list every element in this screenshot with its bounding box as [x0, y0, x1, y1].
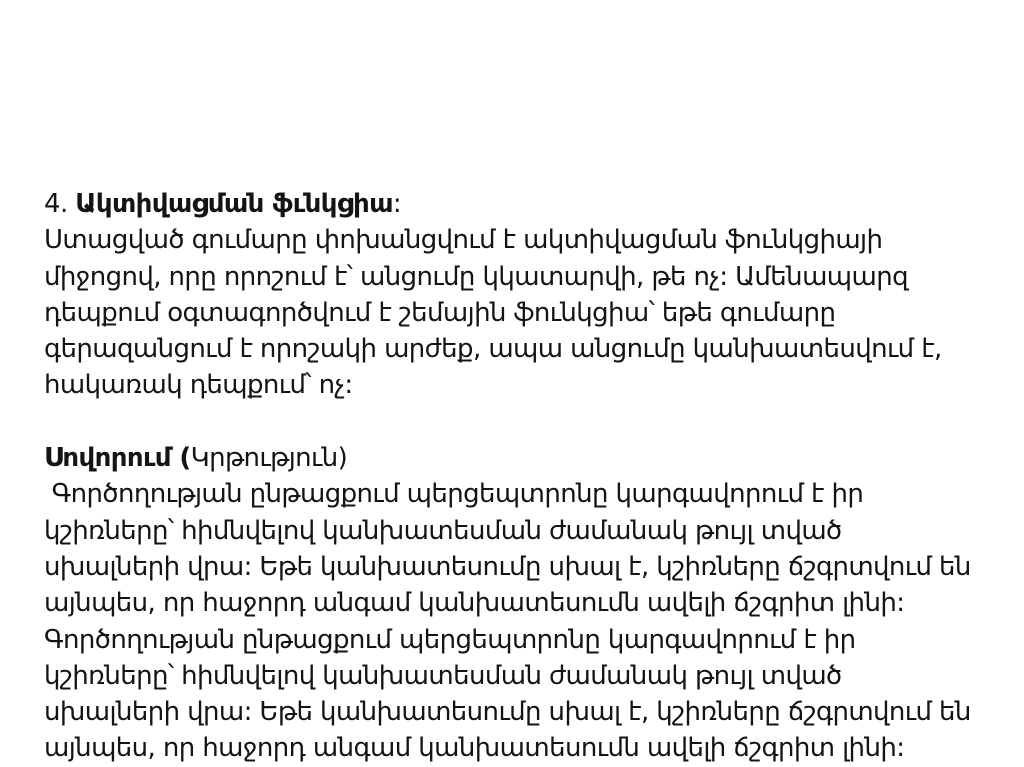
text-segment: կշիռները՝ հիմնվելով կանխատեսման ժամանակ … [44, 516, 842, 546]
slide-canvas: 4. Ակտիվացման ֆւնկցիա:Ստացված գումարը փո… [0, 0, 1024, 767]
text-line: միջոցով, որը որոշում է՝ անցումը կկատարվի… [44, 259, 1004, 295]
text-line: այնպես, որ հաջորդ անգամ կանխատեսումն ավե… [44, 585, 1004, 621]
text-segment: հակառակ դեպքում՝ ոչ: [44, 370, 353, 400]
text-line: Սովորում (Կրթություն) [44, 440, 1004, 476]
text-segment: այնպես, որ հաջորդ անգամ կանխատեսումն ավե… [44, 588, 904, 618]
activation-function-section: 4. Ակտիվացման ֆւնկցիա:Ստացված գումարը փո… [44, 186, 1004, 404]
bold-text-segment: Ակտիվացման ֆւնկցիա [75, 189, 393, 219]
text-segment: 4. [44, 189, 75, 219]
text-line: սխալների վրա: Եթե կանխատեսումը սխալ է, կ… [44, 549, 1004, 585]
text-segment: դեպքում օգտագործվում է շեմային ֆունկցիա՝… [44, 298, 835, 328]
text-segment: Գործողության ընթացքում պերցեպտրոնը կարգա… [44, 625, 856, 655]
text-segment: միջոցով, որը որոշում է՝ անցումը կկատարվի… [44, 262, 908, 292]
text-segment: : [393, 189, 401, 219]
text-line: կշիռները՝ հիմնվելով կանխատեսման ժամանակ … [44, 658, 1004, 694]
text-segment: Կրթություն) [191, 443, 348, 473]
bold-text-segment: Սովորում ( [44, 443, 191, 473]
text-line: Գործողության ընթացքում պերցեպտրոնը կարգա… [44, 622, 1004, 658]
text-segment: այնպես, որ հաջորդ անգամ կանխատեսումն ավե… [44, 733, 904, 763]
text-line: Ստացված գումարը փոխանցվում է ակտիվացման … [44, 222, 1004, 258]
text-segment: Գործողության ընթացքում պերցեպտրոնը կարգա… [44, 479, 863, 509]
text-line: այնպես, որ հաջորդ անգամ կանխատեսումն ավե… [44, 730, 1004, 766]
slide-text-block: 4. Ակտիվացման ֆւնկցիա:Ստացված գումարը փո… [44, 186, 1004, 767]
text-line: 4. Ակտիվացման ֆւնկցիա: [44, 186, 1004, 222]
text-segment: գերազանցում է որոշակի արժեք, ապա անցումը… [44, 334, 942, 364]
text-line: կշիռները՝ հիմնվելով կանխատեսման ժամանակ … [44, 513, 1004, 549]
text-segment: կշիռները՝ հիմնվելով կանխատեսման ժամանակ … [44, 661, 842, 691]
text-line: դեպքում օգտագործվում է շեմային ֆունկցիա՝… [44, 295, 1004, 331]
text-line: գերազանցում է որոշակի արժեք, ապա անցումը… [44, 331, 1004, 367]
text-segment: սխալների վրա: Եթե կանխատեսումը սխալ է, կ… [44, 552, 971, 582]
text-line: Գործողության ընթացքում պերցեպտրոնը կարգա… [44, 476, 1004, 512]
text-segment: Ստացված գումարը փոխանցվում է ակտիվացման … [44, 225, 882, 255]
learning-section: Սովորում (Կրթություն) Գործողության ընթաց… [44, 440, 1004, 767]
text-line: սխալների վրա: Եթե կանխատեսումը սխալ է, կ… [44, 694, 1004, 730]
text-line: հակառակ դեպքում՝ ոչ: [44, 367, 1004, 403]
text-segment: սխալների վրա: Եթե կանխատեսումը սխալ է, կ… [44, 697, 971, 727]
